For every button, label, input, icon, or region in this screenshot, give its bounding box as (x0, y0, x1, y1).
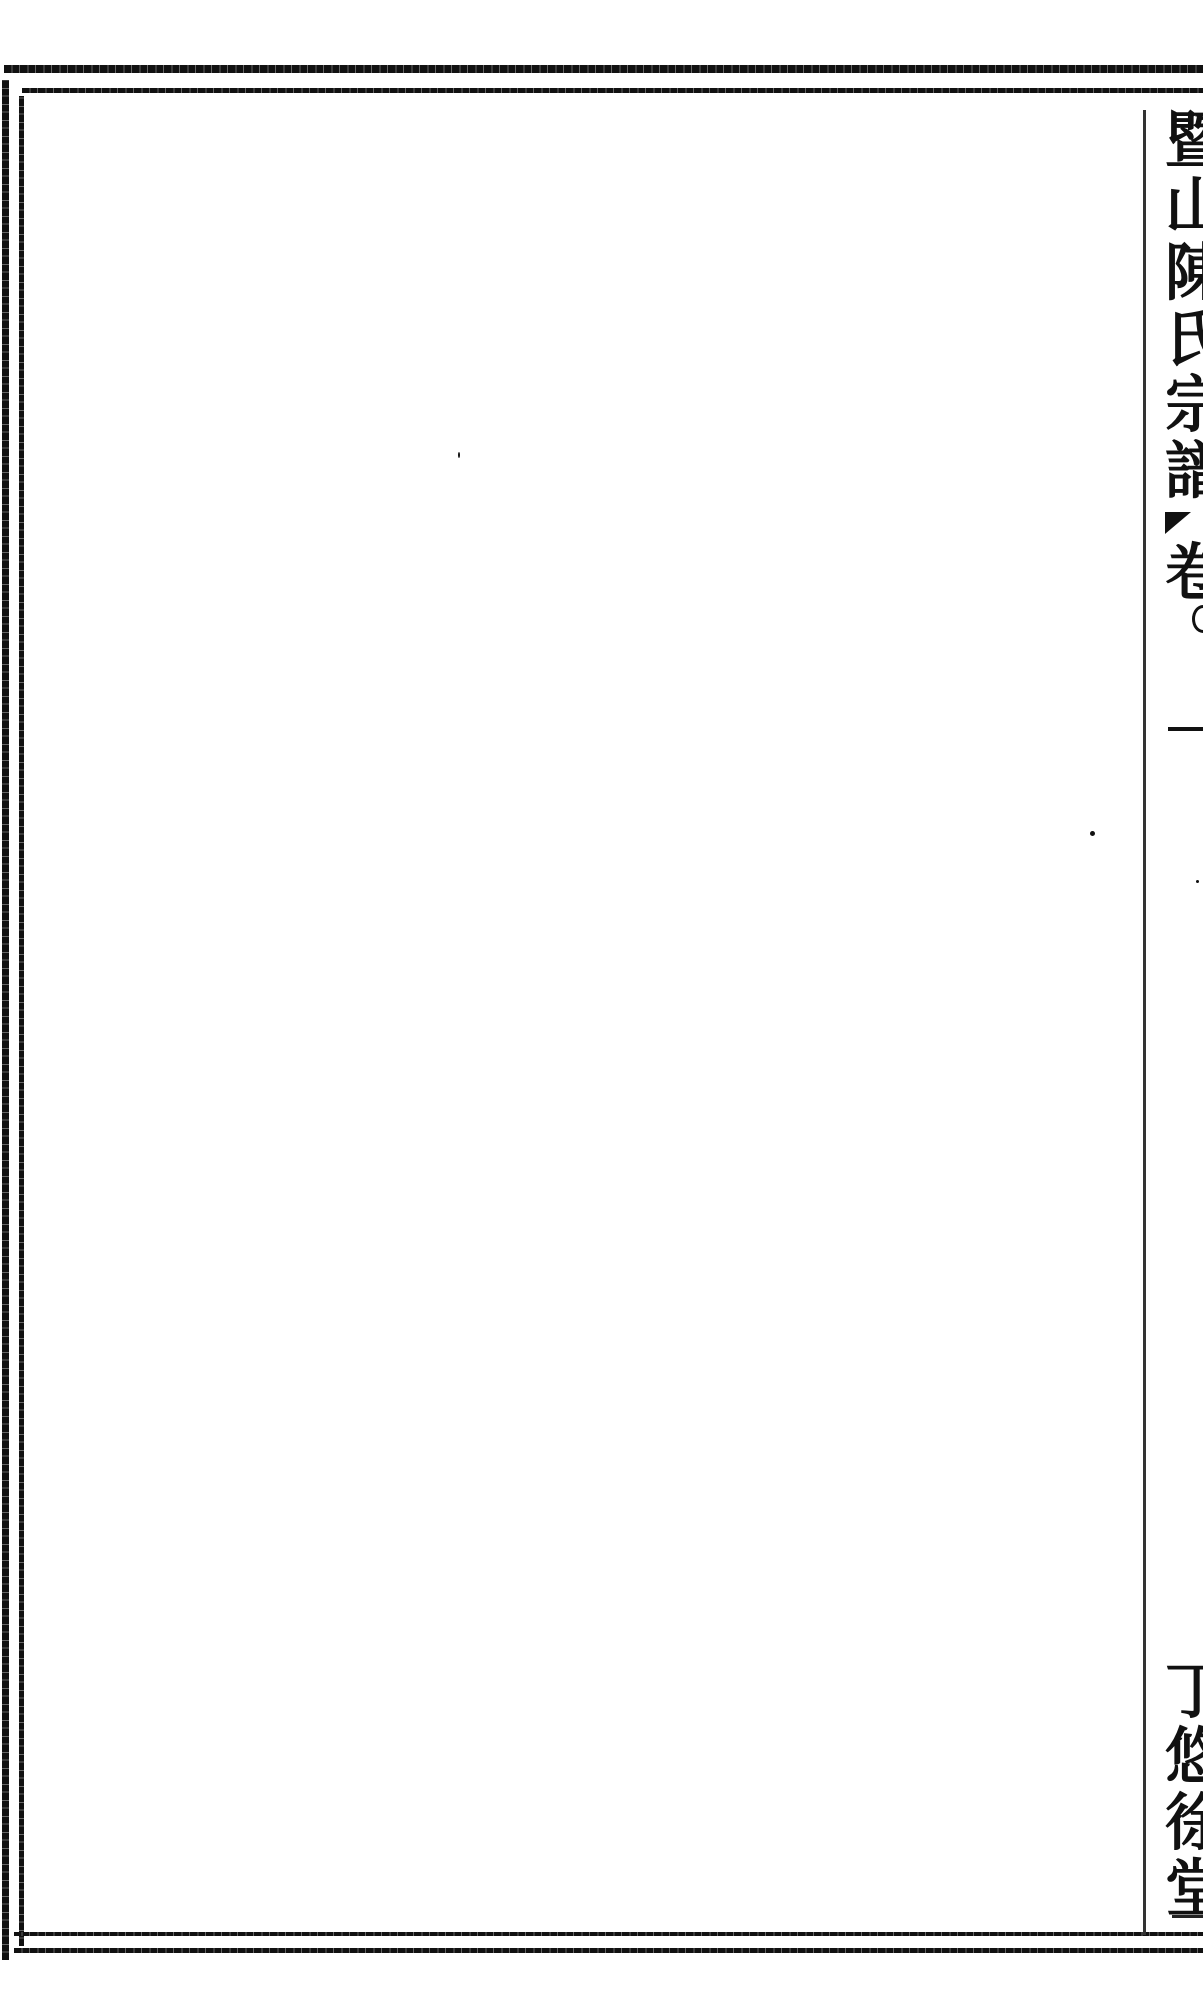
frame-outer-left-border (2, 80, 9, 1960)
banxin-char: 暨 (1165, 110, 1203, 174)
banxin-char: 氏 (1165, 308, 1203, 372)
fishtail-mark-icon (1165, 512, 1191, 534)
banxin-char: 堂 (1165, 1858, 1203, 1922)
banxin-char: 徐 (1165, 1792, 1203, 1856)
ink-speck (458, 452, 460, 458)
banxin-hall-name-column: 丁 悠 徐 堂 (1165, 1660, 1203, 1924)
frame-inner-bottom-border (14, 1932, 1203, 1936)
ink-speck (1090, 831, 1095, 836)
frame-inner-left-border (19, 96, 24, 1946)
banxin-bottom-rule (1172, 1915, 1203, 1918)
banxin-title-column: 暨 山 陳 氏 宗 譜 卷 (1165, 110, 1203, 608)
ink-speck (1196, 880, 1199, 883)
circle-mark-icon (1192, 605, 1203, 633)
banxin-divider-line (1143, 110, 1146, 1935)
banxin-char: 山 (1165, 176, 1203, 240)
frame-inner-top-border (22, 88, 1203, 93)
frame-outer-top-border (4, 65, 1203, 73)
banxin-volume-number (1168, 727, 1203, 731)
scanned-page: 暨 山 陳 氏 宗 譜 卷 丁 悠 徐 堂 (0, 0, 1203, 2000)
banxin-char: 悠 (1165, 1726, 1203, 1790)
banxin-char: 丁 (1165, 1660, 1203, 1724)
frame-outer-bottom-border (14, 1948, 1203, 1953)
banxin-char: 陳 (1165, 242, 1203, 306)
banxin-char: 宗 (1165, 374, 1203, 438)
banxin-char: 譜 (1165, 440, 1203, 504)
banxin-volume-char: 卷 (1165, 542, 1203, 606)
